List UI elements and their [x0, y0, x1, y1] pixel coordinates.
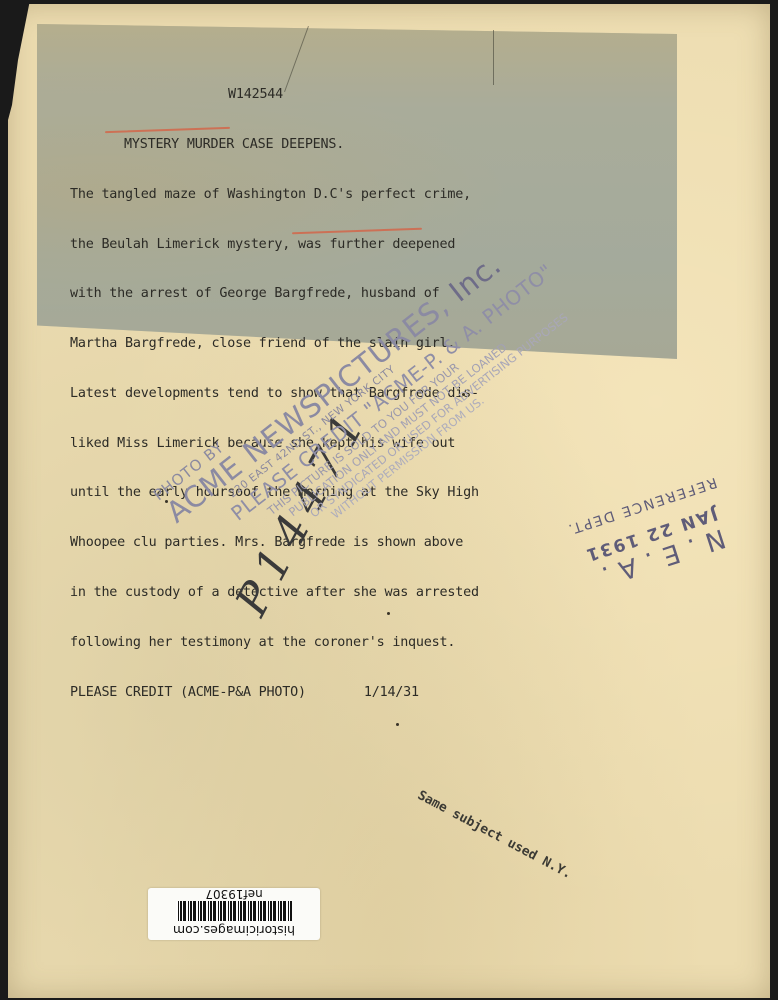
caption-line: The tangled maze of Washington D.C's per…: [70, 187, 479, 204]
speck: [165, 500, 168, 503]
barcode-label: historicimages.com nef19307: [148, 888, 320, 940]
caption-line: the Beulah Limerick mystery, was further…: [70, 237, 479, 254]
speck: [387, 612, 390, 615]
speck: [396, 723, 399, 726]
barcode-icon: [176, 901, 292, 921]
label-code: nef19307: [148, 887, 320, 901]
caption-line: following her testimony at the coroner's…: [70, 635, 479, 652]
headline: MYSTERY MURDER CASE DEEPENS.: [70, 137, 479, 154]
photo-credit: PLEASE CREDIT (ACME-P&A PHOTO): [70, 685, 306, 700]
caption-date: 1/14/31: [364, 685, 419, 702]
speck: [462, 393, 465, 396]
caption-crease: [493, 30, 494, 85]
reference-number: W142544: [70, 87, 479, 104]
label-site: historicimages.com: [148, 923, 320, 938]
credit-line: PLEASE CREDIT (ACME-P&A PHOTO)1/14/31: [70, 685, 479, 702]
